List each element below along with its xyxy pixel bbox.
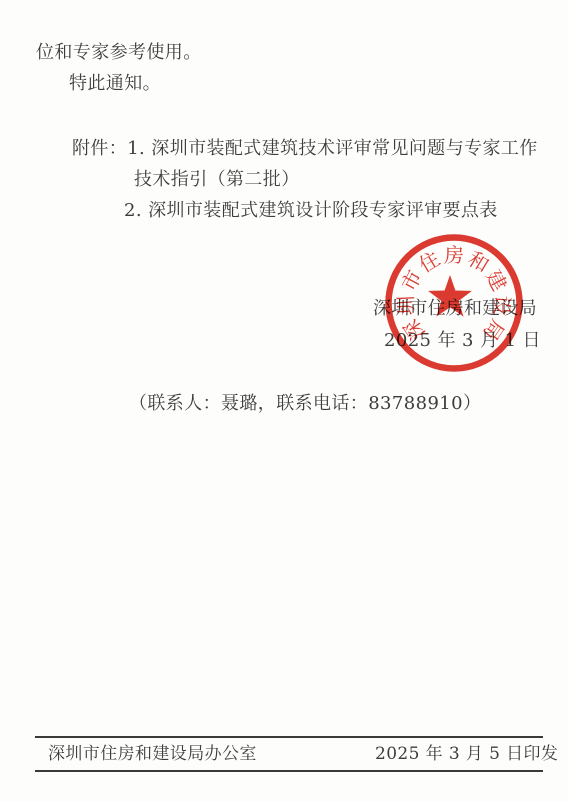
attachment-line-3: 2. 深圳市装配式建筑设计阶段专家评审要点表 [124,200,498,222]
svg-text:建: 建 [481,266,512,295]
notice-line: 特此通知。 [69,73,161,95]
svg-text:市: 市 [396,266,427,295]
footer-office: 深圳市住房和建设局办公室 [48,744,257,764]
signature-date: 2025 年 3 月 1 日 [384,330,541,352]
svg-text:房: 房 [444,243,464,267]
attachment-line-1: 附件：1. 深圳市装配式建筑技术评审常见问题与专家工作 [72,138,538,160]
attachment-line-2: 技术指引（第二批） [134,169,300,191]
footer-divider-top [35,736,543,738]
document-page: 位和专家参考使用。 特此通知。 附件：1. 深圳市装配式建筑技术评审常见问题与专… [0,0,568,802]
issuer-signature: 深圳市住房和建设局 [373,298,537,320]
footer-print-date: 2025 年 3 月 5 日印发 [375,744,558,764]
closing-line: 位和专家参考使用。 [36,42,202,64]
contact-info: （联系人：聂璐，联系电话：83788910） [129,393,481,415]
footer-divider-bottom [35,770,543,772]
svg-text:和: 和 [464,246,494,277]
svg-text:住: 住 [415,246,445,277]
